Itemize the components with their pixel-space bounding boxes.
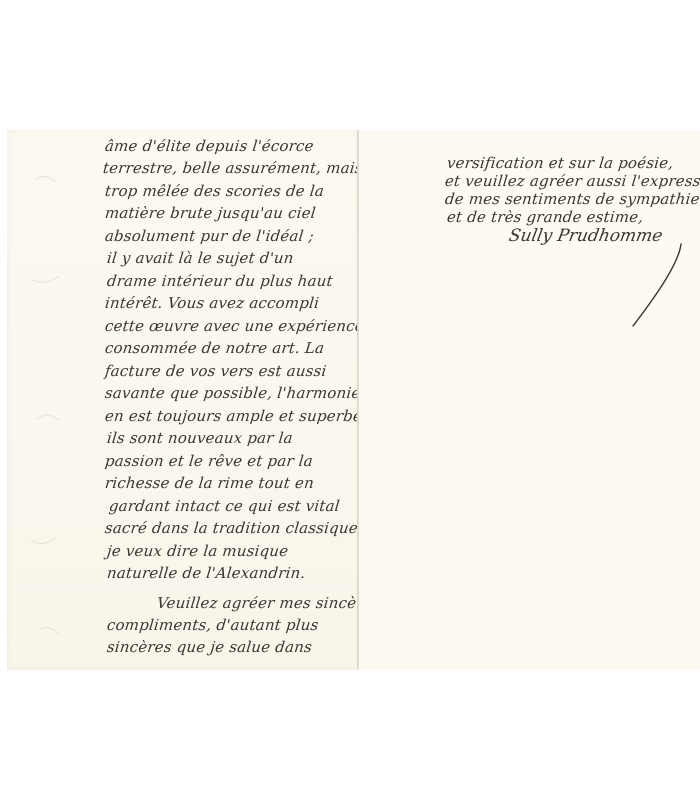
- letter-line: ils sont nouveaux par la: [106, 427, 294, 449]
- signature-flourish-icon: [629, 242, 689, 332]
- letter-line: consommée de notre art. La: [104, 337, 326, 359]
- letter-line: et de très grande estime,: [446, 206, 645, 228]
- letter-line: absolument pur de l'idéal ;: [104, 225, 315, 247]
- letter-line: âme d'élite depuis l'écorce: [104, 135, 315, 157]
- letter-sheet: âme d'élite depuis l'écorce terrestre, b…: [7, 130, 700, 670]
- letter-line: terrestre, belle assurément, mais: [102, 157, 364, 179]
- letter-line: passion et le rêve et par la: [104, 450, 314, 472]
- letter-line: intérêt. Vous avez accompli: [104, 292, 320, 314]
- embossed-letterhead: · · · · · · · · · · · · · · · · ·: [389, 378, 656, 394]
- letter-line: cette œuvre avec une expérience: [104, 315, 365, 337]
- letter-line: en est toujours ample et superbe,: [104, 405, 368, 427]
- letter-line: matière brute jusqu'au ciel: [104, 202, 317, 224]
- right-page: · · · · · · · · · · · · · · · · · versif…: [359, 130, 700, 670]
- letter-line: trop mêlée des scories de la: [104, 180, 325, 202]
- letter-line: compliments, d'autant plus: [106, 614, 320, 636]
- show-through-marks: [25, 160, 95, 660]
- letter-line: richesse de la rime tout en: [104, 472, 315, 494]
- letter-line: il y avait là le sujet d'un: [106, 247, 295, 269]
- letter-line: Veuillez agréer mes sincères: [156, 592, 382, 614]
- left-page: âme d'élite depuis l'écorce terrestre, b…: [7, 130, 357, 670]
- letter-line: je veux dire la musique: [106, 540, 290, 562]
- letter-line: sincères que je salue dans: [106, 636, 313, 658]
- letter-line: drame intérieur du plus haut: [106, 270, 334, 292]
- letter-line: naturelle de l'Alexandrin.: [106, 562, 307, 584]
- letter-line: sacré dans la tradition classique,: [104, 517, 364, 539]
- scan-canvas: âme d'élite depuis l'écorce terrestre, b…: [0, 0, 700, 800]
- letter-line: facture de vos vers est aussi: [104, 360, 328, 382]
- letter-line: gardant intact ce qui est vital: [108, 495, 341, 517]
- letter-line: savante que possible, l'harmonie: [104, 382, 362, 404]
